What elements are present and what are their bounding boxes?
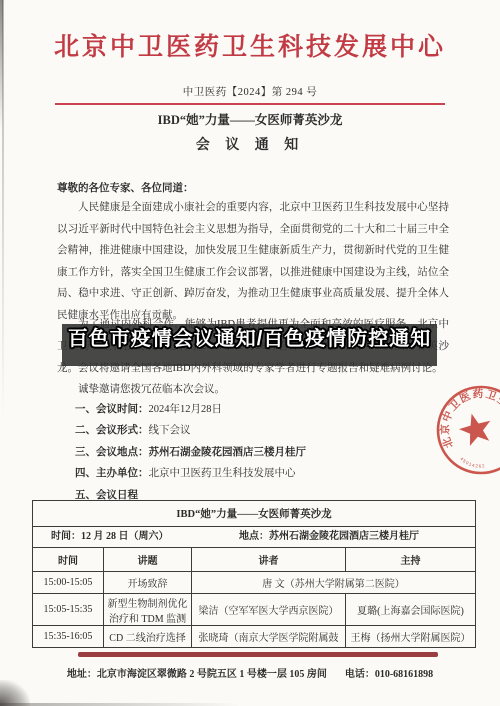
list-item-value: 北京中卫医药卫生科技发展中心 xyxy=(149,468,296,479)
list-item: 四、主办单位：北京中卫医药卫生科技发展中心 xyxy=(75,463,306,484)
organization-title: 北京中卫医药卫生科技发展中心 xyxy=(0,27,500,63)
col-header-speaker: 讲者 xyxy=(192,548,346,572)
table-title: IBD“她”力量——女医师菁英沙龙 xyxy=(33,501,476,527)
cell-time: 15:05-15:35 xyxy=(33,594,104,626)
list-item-label: 二、会议形式： xyxy=(75,425,149,436)
cell-host: 王梅（扬州大学附属医院） xyxy=(346,626,476,648)
cell-topic: 开场致辞 xyxy=(104,572,192,594)
list-item-label: 四、主办单位： xyxy=(75,468,149,479)
table-row: 15:05-15:35 新型生物制剂优化治疗和 TDM 监测 梁洁（空军军医大学… xyxy=(33,594,476,626)
footer: 地址：北京市海淀区翠微路 2 号院五区 1 号楼一层 105 房间 电话：010… xyxy=(0,665,500,680)
invitation-line: 诚挚邀请您拨冗莅临本次会议。 xyxy=(78,381,225,396)
cell-time: 15:00-15:05 xyxy=(33,572,104,594)
col-header-topic: 讲题 xyxy=(104,548,192,572)
table-info-row: 时间：12 月 28 日（周六） 地点：苏州石湖金陵花园酒店三楼月桂厅 xyxy=(33,527,476,548)
cell-host: 夏璐(上海嘉会国际医院) xyxy=(346,594,476,626)
col-header-host: 主持 xyxy=(346,548,476,572)
col-header-time: 时间 xyxy=(33,548,104,572)
notice-document: 北京中卫医药卫生科技发展中心 中卫医药【2024】第 294 号 IBD“她”力… xyxy=(0,0,500,706)
document-number: 中卫医药【2024】第 294 号 xyxy=(0,84,500,99)
list-item-value: 线下会议 xyxy=(149,425,191,436)
red-divider-rule xyxy=(55,103,445,105)
list-item-label: 五、会议日程 xyxy=(75,490,138,501)
table-date: 时间：12 月 28 日（周六） xyxy=(51,527,169,547)
cell-topic: CD 二线治疗选择 xyxy=(104,626,192,648)
list-item-label: 一、会议时间： xyxy=(75,404,149,415)
list-item: 二、会议形式：线下会议 xyxy=(75,420,306,441)
table-location: 地点：苏州石湖金陵花园酒店三楼月桂厅 xyxy=(239,527,419,547)
scan-edge-line-top xyxy=(0,0,3,130)
cell-time: 15:35-16:05 xyxy=(33,626,104,648)
footer-address: 地址：北京市海淀区翠微路 2 号院五区 1 号楼一层 105 房间 xyxy=(67,665,327,680)
seal-star-icon xyxy=(456,409,495,447)
schedule-table: IBD“她”力量——女医师菁英沙龙 时间：12 月 28 日（周六） 地点：苏州… xyxy=(32,500,476,648)
cell-topic: 新型生物制剂优化治疗和 TDM 监测 xyxy=(104,594,192,626)
body-paragraph-1: 人民健康是全面建成小康社会的重要内容，北京中卫医药卫生科技发展中心坚持以习近平新… xyxy=(57,197,449,327)
list-item-value: 2024年12月28日 xyxy=(149,404,223,415)
cell-speaker: 张晓琦（南京大学医学院附属鼓 xyxy=(192,626,346,648)
table-row: 15:00-15:05 开场致辞 唐 文（苏州大学附属第二医院） xyxy=(33,572,476,594)
official-seal: 北京中卫医药卫生科技发展中心 45014262 xyxy=(430,380,500,480)
table-header-row: 时间 讲题 讲者 主持 xyxy=(33,548,476,572)
svg-text:45014262: 45014262 xyxy=(459,456,486,469)
table-row: 15:35-16:05 CD 二线治疗选择 张晓琦（南京大学医学院附属鼓 王梅（… xyxy=(33,626,476,648)
list-item-label: 三、会议地点： xyxy=(75,447,149,458)
list-item: 三、会议地点：苏州石湖金陵花园酒店三楼月桂厅 xyxy=(75,442,306,463)
seal-serial-number: 45014262 xyxy=(459,456,486,469)
list-item: 一、会议时间：2024年12月28日 xyxy=(75,399,306,420)
cell-speaker: 梁洁（空军军医大学西京医院） xyxy=(192,594,346,626)
salutation: 尊敬的各位专家、各位同道： xyxy=(57,180,194,195)
meeting-info-list: 一、会议时间：2024年12月28日 二、会议形式：线下会议 三、会议地点：苏州… xyxy=(75,399,306,506)
footer-phone: 电话：010-68161898 xyxy=(345,665,433,680)
notice-heading: 会 议 通 知 xyxy=(0,134,500,154)
cell-speaker: 唐 文（苏州大学附属第二医院） xyxy=(192,572,476,594)
watermark-text: 百色市疫情会议通知/百色疫情防控通知 xyxy=(62,327,437,351)
event-subtitle: IBD“她”力量——女医师菁英沙龙 xyxy=(0,110,500,128)
list-item-value: 苏州石湖金陵花园酒店三楼月桂厅 xyxy=(149,447,307,458)
table-title-row: IBD“她”力量——女医师菁英沙龙 xyxy=(33,501,476,527)
red-underline-bar xyxy=(78,652,438,657)
